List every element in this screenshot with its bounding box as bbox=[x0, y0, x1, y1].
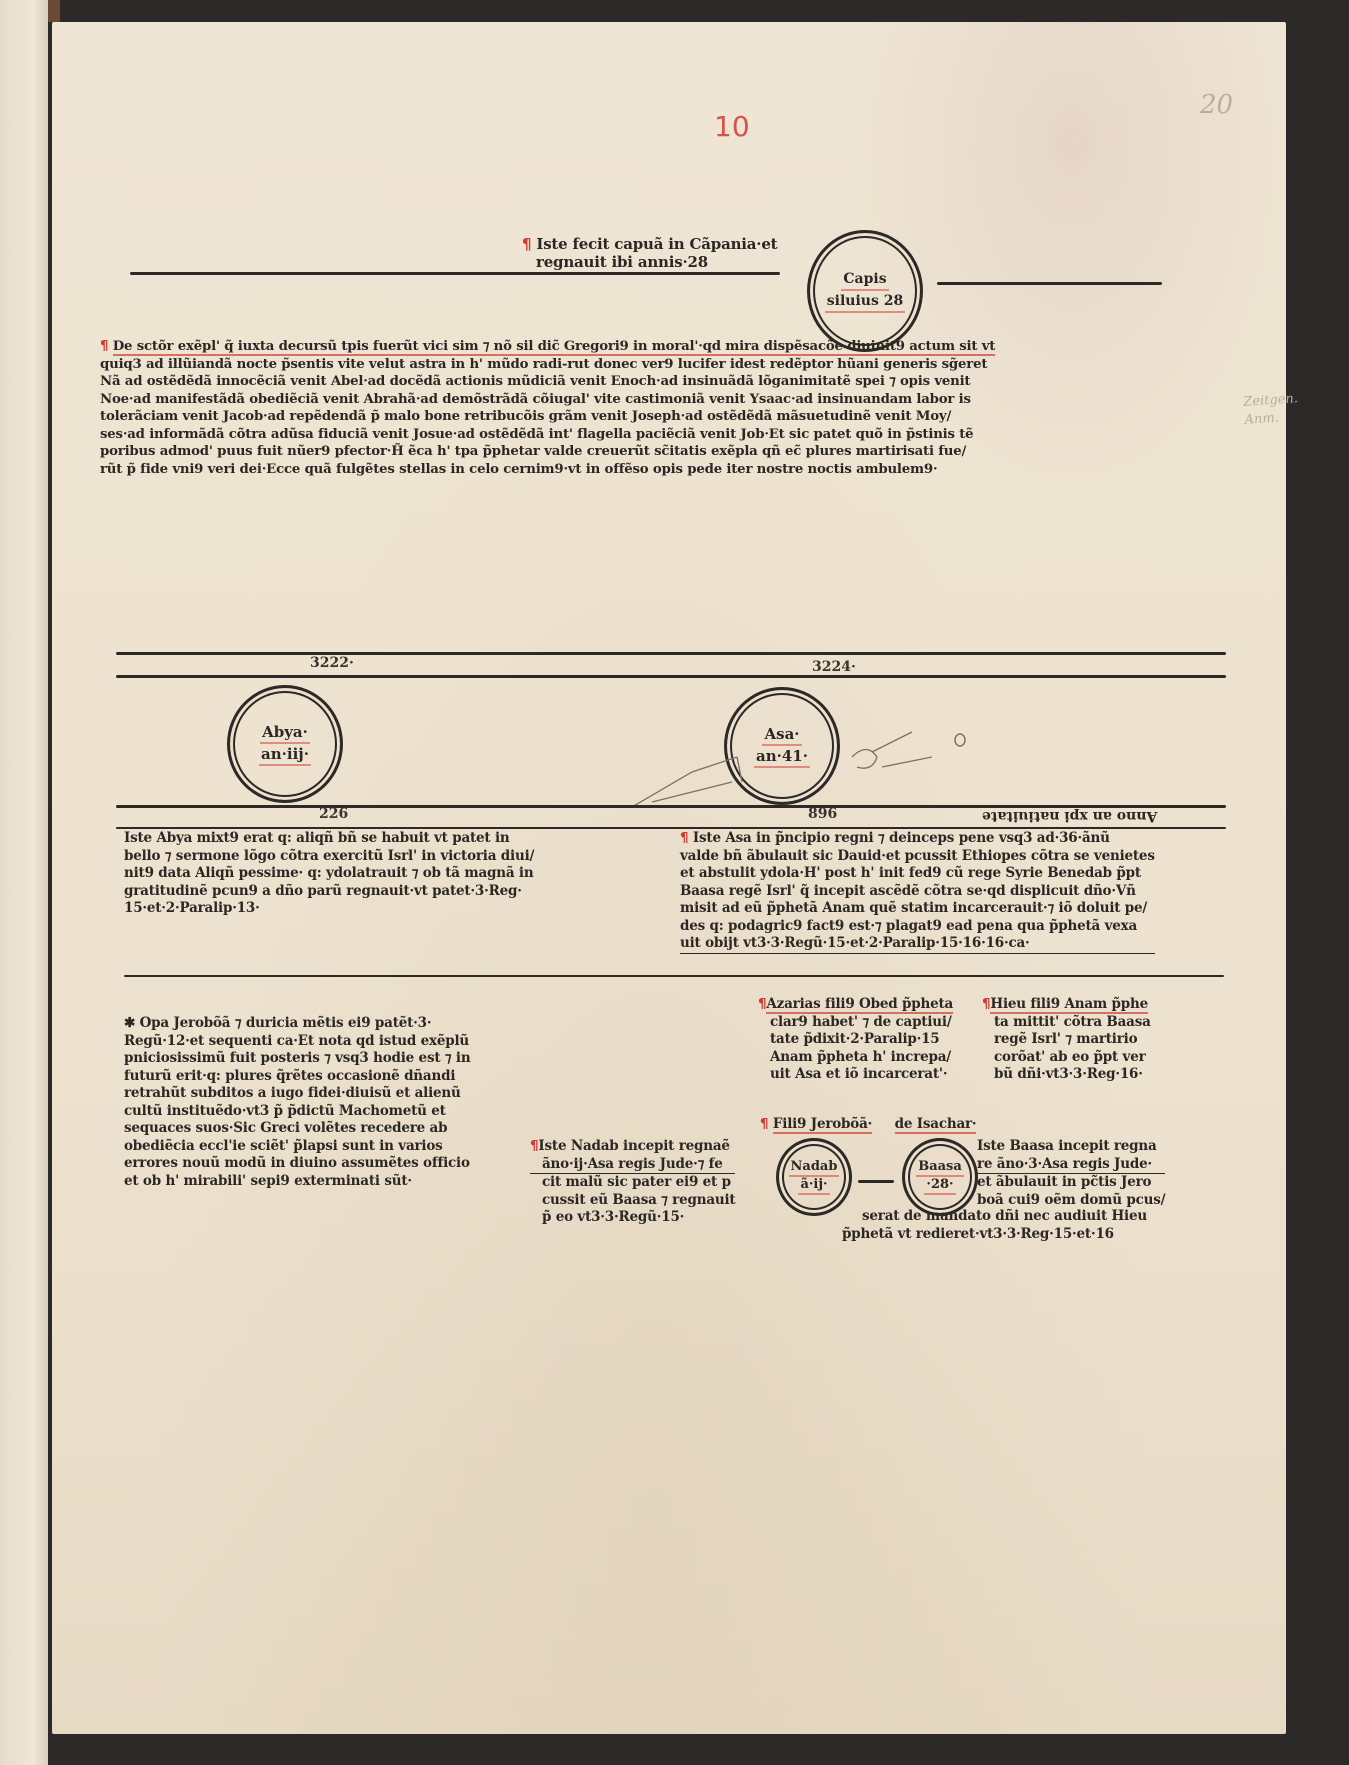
text-line: cussit eũ Baasa ⁊ regnauit bbox=[530, 1192, 735, 1210]
prologue-line: poribus admod' puus fuit nũer9 pfector·H… bbox=[100, 443, 995, 461]
pencil-marginal-note: Zeitgen. Anm. bbox=[1243, 390, 1300, 430]
number-label-right: 896 bbox=[808, 806, 837, 822]
pencil-page-number: 20 bbox=[1200, 90, 1233, 120]
folio-number: 10 bbox=[714, 110, 750, 143]
text-line: boã cui9 oẽm domũ pcus/ bbox=[977, 1192, 1165, 1210]
text-line: regẽ Isrl' ⁊ martirio bbox=[982, 1031, 1151, 1049]
text-line: cit malũ sic pater ei9 et p bbox=[530, 1174, 735, 1192]
text-line: Iste Baasa incepit regna bbox=[977, 1138, 1165, 1156]
hand-mark-icon: ✱ bbox=[124, 1015, 140, 1031]
top-caption: ¶ Iste fecit capuã in Cãpania·et regnaui… bbox=[522, 236, 777, 271]
text-line: p̃ eo vt3·3·Regũ·15· bbox=[530, 1209, 735, 1227]
medallion-years: an·iij· bbox=[259, 744, 311, 766]
text-line: 15·et·2·Paralip·13· bbox=[124, 900, 534, 918]
baasa-text-continued: serat de mandato dñi nec audiuit Hieu p̃… bbox=[842, 1208, 1147, 1243]
text-line: et abstulit ydola·H' post h' init fed9 c… bbox=[680, 865, 1155, 883]
text-line: Anam p̃pheta h' increpa/ bbox=[758, 1049, 953, 1067]
caption-line-2: regnauit ibi annis·28 bbox=[522, 254, 777, 272]
text-line: Iste Nadab incepit regnaẽ bbox=[538, 1138, 729, 1154]
text-line: Opa Jerobõã ⁊ duricia mẽtis ei9 patẽt·3· bbox=[140, 1015, 432, 1031]
medallion-years: ·28· bbox=[924, 1177, 955, 1195]
text-line: Baasa regẽ Isrl' q̃ incepit ascẽdẽ cõtra… bbox=[680, 883, 1155, 901]
text-line: misit ad eũ p̃phetã Anam quẽ statim inca… bbox=[680, 900, 1155, 918]
prologue-line: Nã ad ostẽdẽdã innocẽciã venit Abel·ad d… bbox=[100, 373, 995, 391]
pilcrow-icon: ¶ bbox=[100, 339, 108, 354]
nadab-text: ¶Iste Nadab incepit regnaẽ ãno·ij·Asa re… bbox=[530, 1138, 735, 1227]
medallion-name: Nadab bbox=[789, 1159, 840, 1177]
medallion-name: Capis bbox=[841, 269, 888, 291]
lower-rule-bottom bbox=[116, 827, 1226, 829]
facing-leaf-edge bbox=[0, 0, 48, 1765]
text-line: bello ⁊ sermone lõgo cõtra exercitũ Isrl… bbox=[124, 848, 534, 866]
pilcrow-icon: ¶ bbox=[522, 235, 531, 253]
lineage-right: de Isachar· bbox=[895, 1116, 977, 1134]
text-line: bũ dñi·vt3·3·Reg·16· bbox=[982, 1066, 1151, 1084]
azarias-text: ¶Azarias fili9 Obed p̃pheta clar9 habet'… bbox=[758, 996, 953, 1084]
medallion-name: Abya· bbox=[260, 722, 310, 744]
inverted-note: Anno an xpi natiuitate bbox=[982, 808, 1157, 824]
pilcrow-icon: ¶ bbox=[760, 1116, 768, 1132]
year-label-left: 3222· bbox=[310, 655, 354, 671]
prologue-line: ses·ad informãdã cõtra adũsa fiduciã ven… bbox=[100, 426, 995, 444]
text-line: et ob h' mirabili' sepi9 exterminati sũt… bbox=[124, 1173, 470, 1191]
text-line: Azarias fili9 Obed p̃pheta bbox=[766, 996, 953, 1014]
text-line: ta mittit' cõtra Baasa bbox=[982, 1014, 1151, 1032]
abya-text: Iste Abya mixt9 erat q: aliqñ bñ se habu… bbox=[124, 830, 534, 918]
marginal-line: Zeitgen. bbox=[1243, 390, 1299, 412]
prologue-line: Noe·ad manifestãdã obediẽciã venit Abrah… bbox=[100, 391, 995, 409]
text-line: Regũ·12·et sequenti ca·Et nota qd istud … bbox=[124, 1033, 470, 1051]
text-line: p̃phetã vt redieret·vt3·3·Reg·15·et·16 bbox=[842, 1226, 1147, 1244]
lineage-left: Fili9 Jerobõã· bbox=[773, 1116, 872, 1134]
text-line: et ãbulauit in pc̃tis Jero bbox=[977, 1174, 1165, 1192]
prologue-line: rũt p̃ fide vni9 veri dei·Ecce quã fulgẽ… bbox=[100, 461, 995, 479]
medallion-nadab: Nadab ã·ij· bbox=[776, 1138, 852, 1216]
baasa-text: Iste Baasa incepit regna re ãno·3·Asa re… bbox=[977, 1138, 1165, 1209]
text-line: tate p̃dixit·2·Paralip·15 bbox=[758, 1031, 953, 1049]
text-line: cultũ instituẽdo·vt3 p̃ p̃dictũ Machomet… bbox=[124, 1103, 470, 1121]
text-line: valde bñ ãbulauit sic Dauid·et pcussit E… bbox=[680, 848, 1155, 866]
text-line: sequaces suos·Sic Greci volẽtes recedere… bbox=[124, 1120, 470, 1138]
text-line: nit9 data Aliqñ pessime· q: ydolatrauit … bbox=[124, 865, 534, 883]
hieu-text: ¶Hieu fili9 Anam p̃phe ta mittit' cõtra … bbox=[982, 996, 1151, 1084]
top-rule-left bbox=[130, 272, 780, 275]
medallion-years: siluius 28 bbox=[825, 291, 905, 313]
pilcrow-icon: ¶ bbox=[680, 830, 688, 846]
medallion-years: ã·ij· bbox=[798, 1177, 829, 1195]
text-line: retrahũt subditos a iugo fidei·diuisũ et… bbox=[124, 1085, 470, 1103]
medallion-name: Baasa bbox=[916, 1159, 964, 1177]
text-line: uit Asa et iõ incarcerat'· bbox=[758, 1066, 953, 1084]
text-line: futurũ erit·q: plures q̃rẽtes occasionẽ … bbox=[124, 1068, 470, 1086]
text-line: pniciosissimũ fuit posteris ⁊ vsq3 hodie… bbox=[124, 1050, 470, 1068]
text-line: errores nouũ modũ in diuino assumẽtes of… bbox=[124, 1155, 470, 1173]
text-line: Iste Asa in p̃ncipio regni ⁊ deinceps pe… bbox=[693, 830, 1110, 846]
section-divider-rule bbox=[124, 975, 1224, 977]
text-line: clar9 habet' ⁊ de captiui/ bbox=[758, 1014, 953, 1032]
text-line: serat de mandato dñi nec audiuit Hieu bbox=[842, 1208, 1147, 1226]
medallion-abya: Abya· an·iij· bbox=[227, 685, 343, 803]
connector-rule bbox=[858, 1180, 894, 1183]
text-line: gratitudinẽ pcun9 a dño parũ regnauit·vt… bbox=[124, 883, 534, 901]
prologue-line: tolerãciam venit Jacob·ad repẽdendã p̃ m… bbox=[100, 408, 995, 426]
text-line: re ãno·3·Asa regis Jude· bbox=[977, 1156, 1165, 1175]
year-label-right: 3224· bbox=[812, 659, 856, 675]
year-band-top-rule bbox=[116, 652, 1226, 655]
manuscript-page: 10 20 ¶ Iste fecit capuã in Cãpania·et r… bbox=[52, 22, 1286, 1734]
text-line: corõat' ab eo p̃pt ver bbox=[982, 1049, 1151, 1067]
text-line: uit obijt vt3·3·Regũ·15·et·2·Paralip·15·… bbox=[680, 935, 1155, 954]
top-rule-right bbox=[937, 282, 1162, 285]
text-line: des q: podagric9 fact9 est·⁊ plagat9 ead… bbox=[680, 918, 1155, 936]
lineage-header: ¶ Fili9 Jerobõã· de Isachar· bbox=[760, 1116, 976, 1134]
prologue-text: ¶ De sctõr exẽpl' q̃ iuxta decursũ tpis … bbox=[100, 338, 995, 478]
text-line: ãno·ij·Asa regis Jude·⁊ fe bbox=[530, 1156, 735, 1175]
text-line: obediẽcia eccl'ie sciẽt' p̃lapsi sunt in… bbox=[124, 1138, 470, 1156]
caption-line-1: Iste fecit capuã in Cãpania·et bbox=[536, 235, 777, 253]
jeroboam-text: ✱ Opa Jerobõã ⁊ duricia mẽtis ei9 patẽt·… bbox=[124, 1015, 470, 1190]
number-label-left: 226 bbox=[319, 806, 348, 822]
prologue-line: quiq3 ad illũiandã nocte p̃sentis vite v… bbox=[100, 356, 995, 374]
asa-text: ¶ Iste Asa in p̃ncipio regni ⁊ deinceps … bbox=[680, 830, 1155, 954]
text-line: Iste Abya mixt9 erat q: aliqñ bñ se habu… bbox=[124, 830, 534, 848]
year-band-bottom-rule bbox=[116, 675, 1226, 678]
medallion-capis: Capis siluius 28 bbox=[807, 230, 923, 352]
marginal-line: Anm. bbox=[1244, 408, 1300, 430]
text-line: Hieu fili9 Anam p̃phe bbox=[990, 996, 1148, 1014]
prologue-line: De sctõr exẽpl' q̃ iuxta decursũ tpis fu… bbox=[113, 339, 996, 356]
medallion-baasa: Baasa ·28· bbox=[902, 1138, 978, 1216]
